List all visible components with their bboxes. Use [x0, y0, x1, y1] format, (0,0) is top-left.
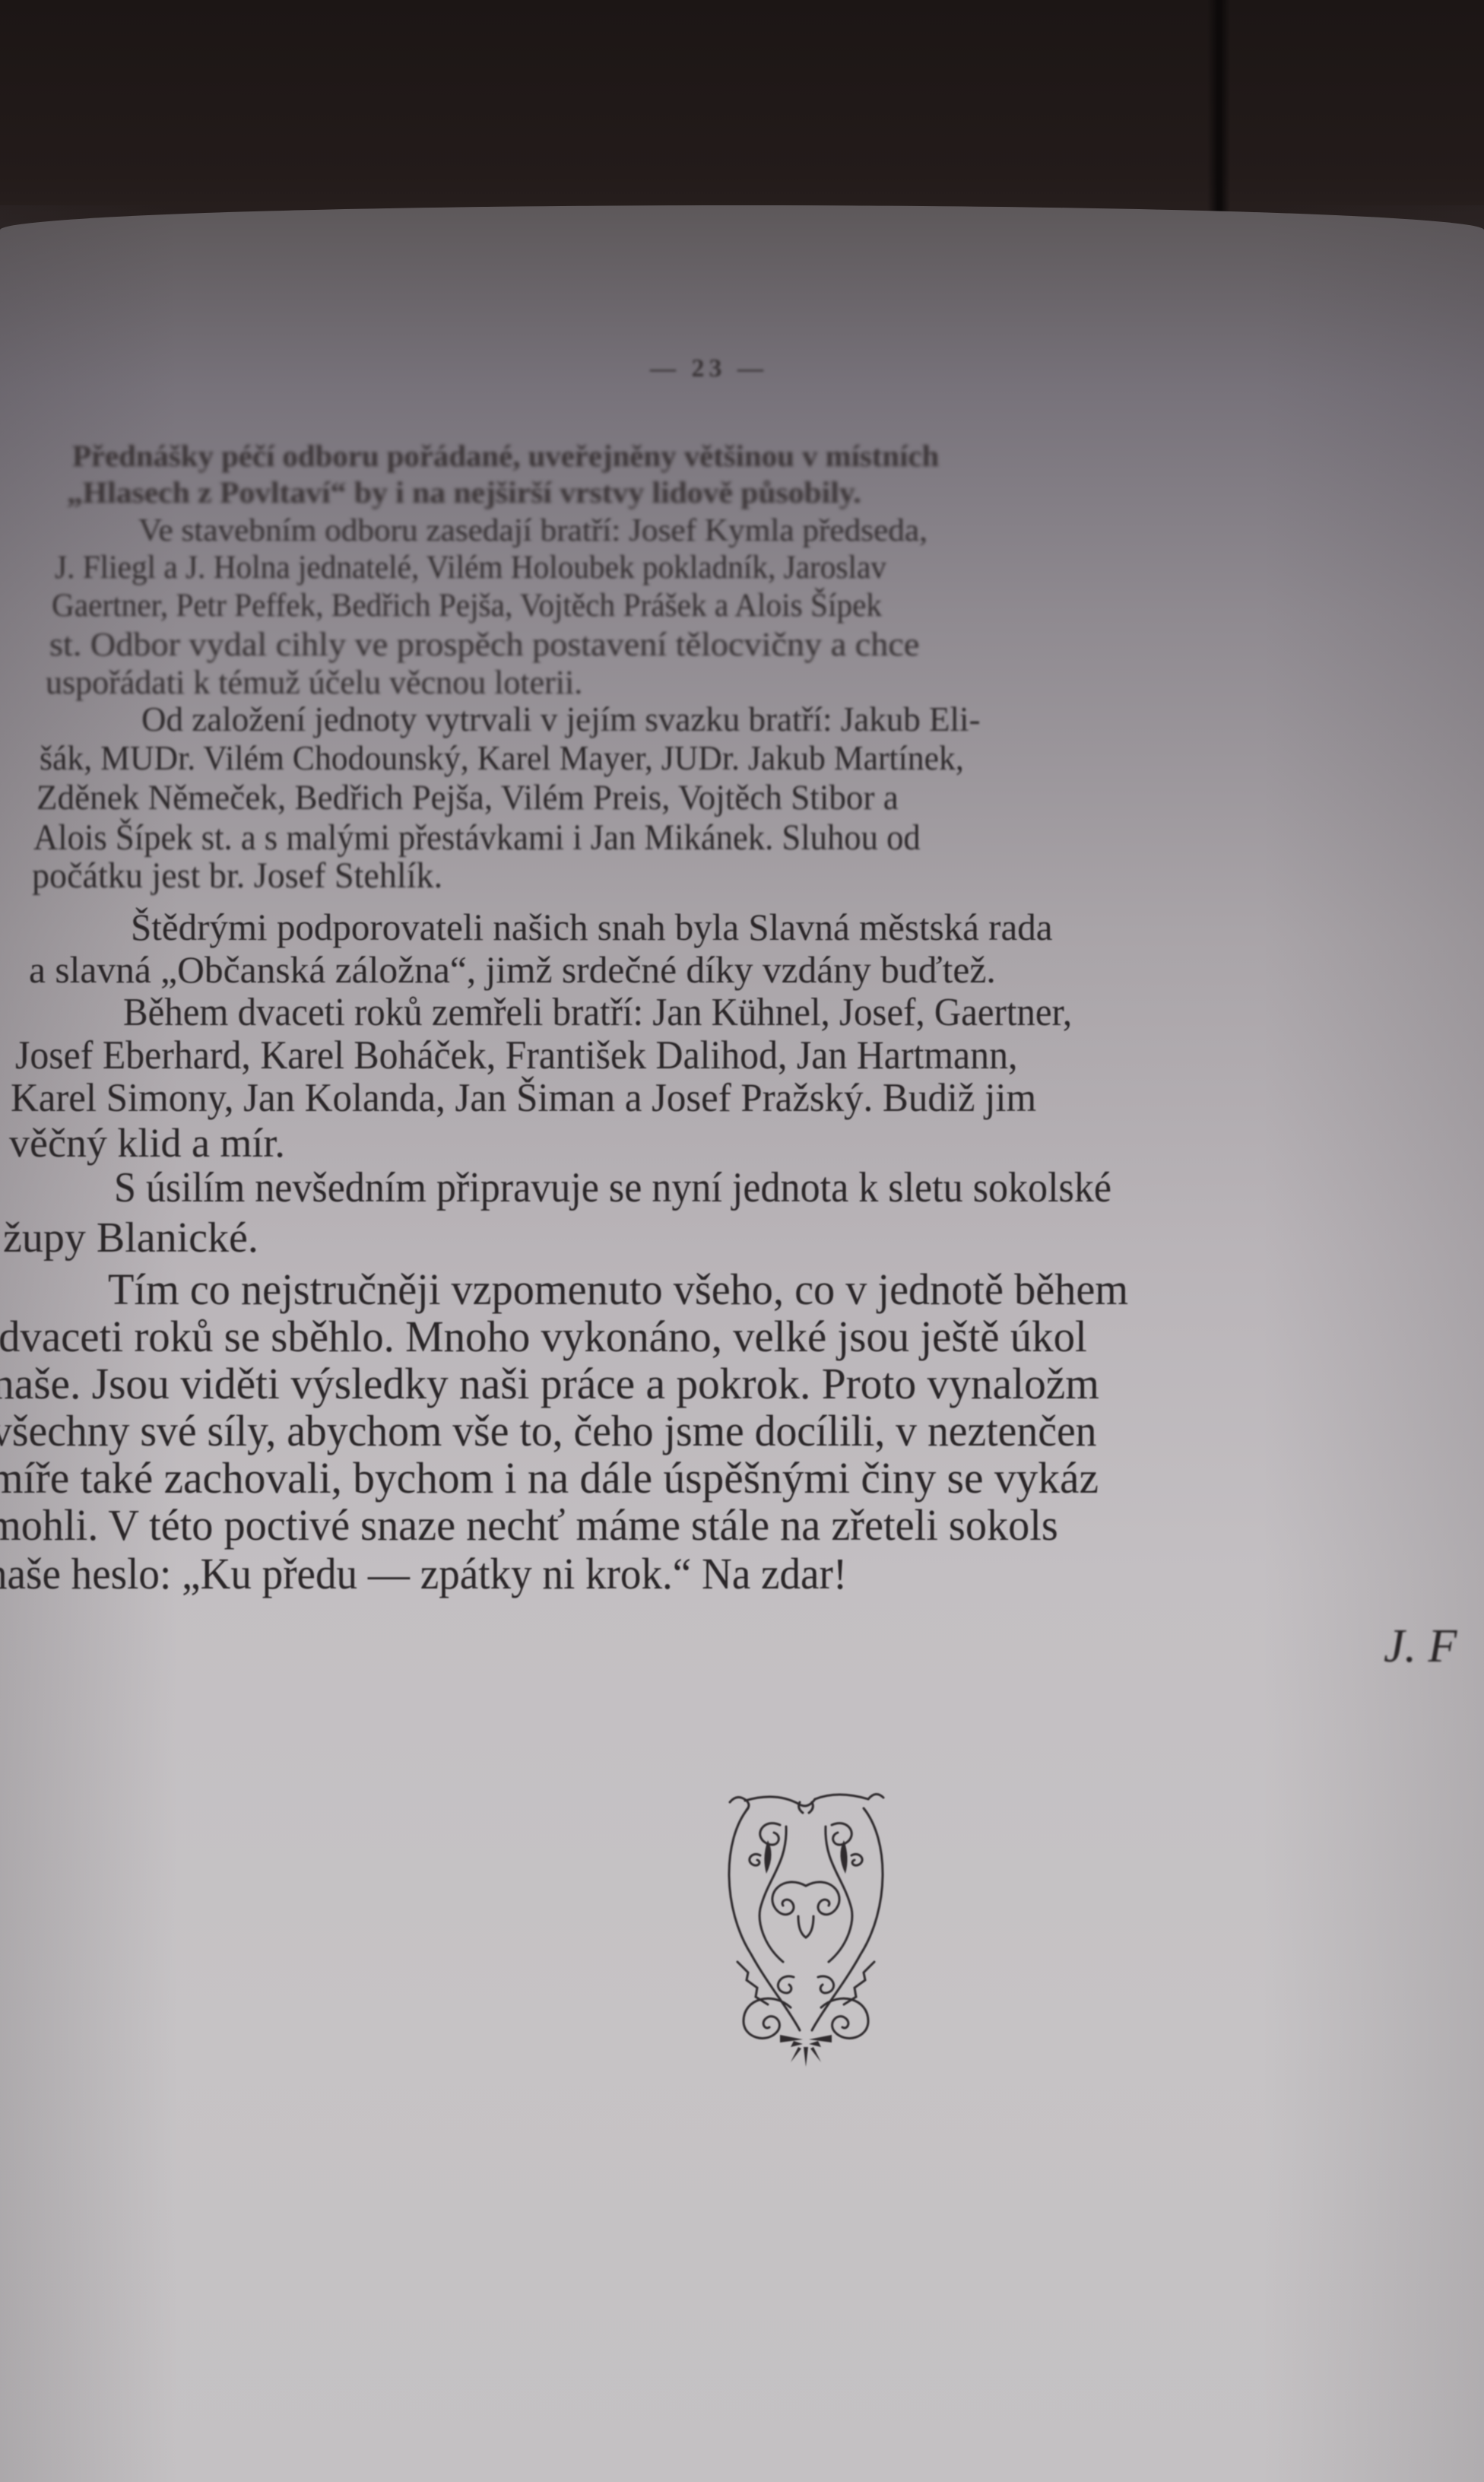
text-line: J. Fliegl a J. Holna jednatelé, Vilém Ho… — [55, 549, 886, 586]
text-line: Během dvaceti roků zemřeli bratří: Jan K… — [123, 990, 1072, 1035]
text-line: S úsilím nevšedním připravuje se nyní je… — [114, 1163, 1111, 1212]
page-number: — 23 — — [650, 354, 768, 383]
text-line: Tím co nejstručněji vzpomenuto všeho, co… — [108, 1264, 1128, 1315]
text-line: Přednášky péčí odboru pořádané, uveřejně… — [72, 438, 939, 474]
text-line: počátku jest br. Josef Stehlík. — [32, 855, 442, 897]
text-line: Karel Simony, Jan Kolanda, Jan Šiman a J… — [11, 1075, 1036, 1121]
text-line: šák, MUDr. Vilém Chodounský, Karel Mayer… — [40, 738, 964, 778]
text-line: naše heslo: „Ku předu — zpátky ni krok.“… — [0, 1548, 847, 1599]
text-line: Štědrými podporovateli našich snah byla … — [131, 905, 1052, 949]
text-line: věčný klid a mír. — [9, 1119, 285, 1166]
text-line: dvaceti roků se sběhlo. Mnoho vykonáno, … — [0, 1311, 1087, 1362]
author-signature: J. F — [1384, 1620, 1457, 1674]
text-line: všechny své síly, abychom vše to, čeho j… — [0, 1405, 1097, 1456]
text-line: uspořádati k témuž účelu věcnou loterii. — [46, 663, 582, 702]
text-line: a slavná „Občanská záložna“, jimž srdečn… — [29, 947, 996, 992]
text-line: Od založení jednoty vytrvali v jejím sva… — [141, 700, 980, 739]
text-line: Zděnek Němeček, Bedřich Pejša, Vilém Pre… — [36, 777, 899, 818]
text-line: župy Blanické. — [3, 1214, 258, 1262]
text-line: naše. Jsou viděti výsledky naši práce a … — [0, 1358, 1099, 1409]
floral-ornament-icon — [715, 1779, 897, 2068]
text-line: „Hlasech z Povltaví“ by i na nejširší vr… — [67, 474, 861, 510]
text-line: Josef Eberhard, Karel Boháček, František… — [15, 1033, 1017, 1078]
book-spine-shadow — [1207, 0, 1230, 228]
text-line: Ve stavebním odboru zasedají bratří: Jos… — [138, 513, 927, 549]
text-line: mohli. V této poctivé snaze nechť máme s… — [0, 1500, 1058, 1550]
text-line: míře také zachovali, bychom i na dále ús… — [0, 1452, 1099, 1503]
text-line: Alois Šípek st. a s malými přestávkami i… — [33, 817, 921, 859]
text-line: Gaertner, Petr Peffek, Bedřich Pejša, Vo… — [52, 587, 882, 624]
text-line: st. Odbor vydal cihly ve prospěch postav… — [49, 625, 919, 664]
